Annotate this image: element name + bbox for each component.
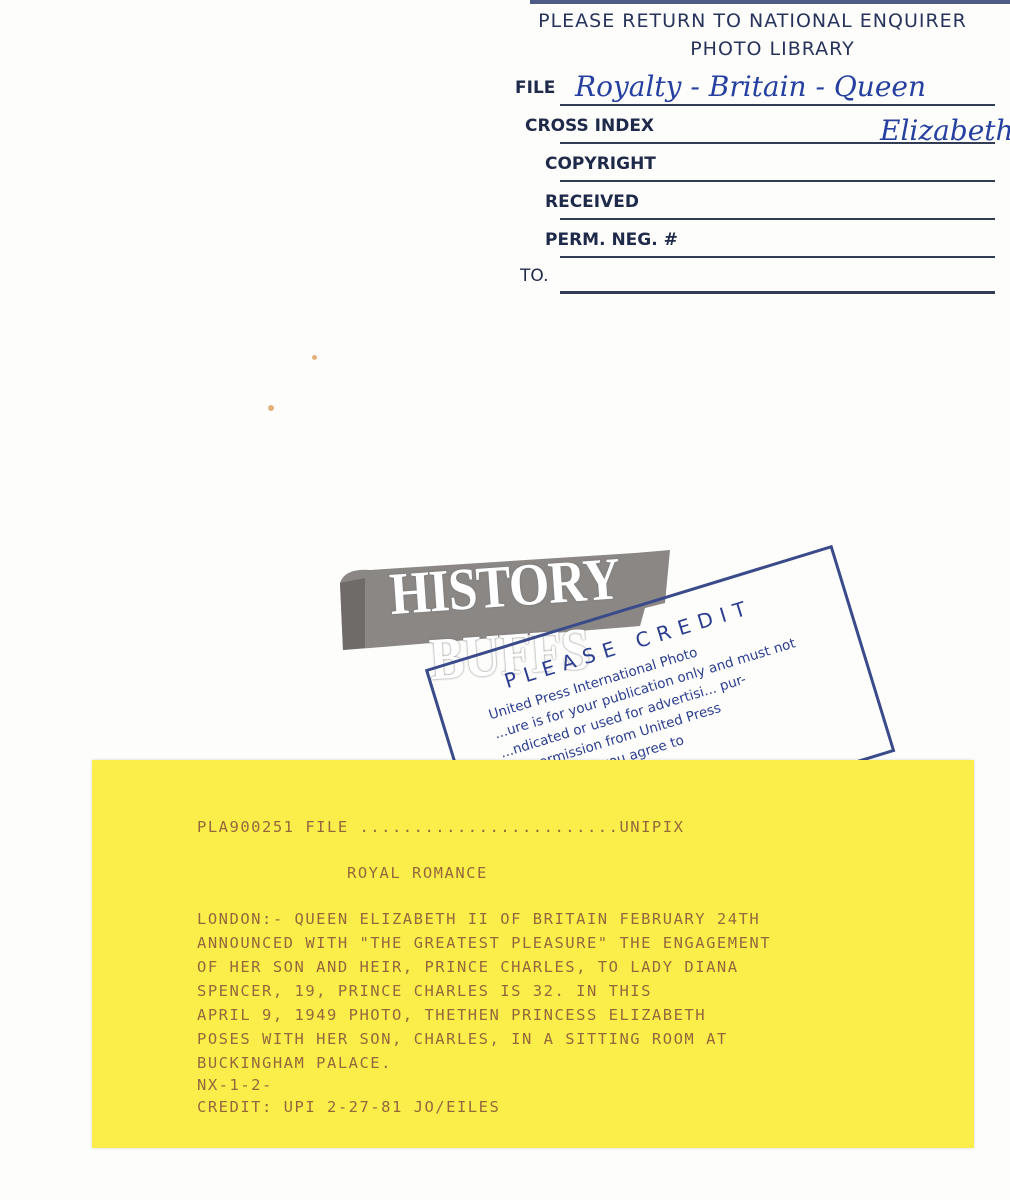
stamp-heading: PLEASE RETURN TO NATIONAL ENQUIRER (505, 10, 1000, 32)
field-to: TO. (505, 258, 1000, 294)
paper-speck (268, 405, 274, 411)
handwritten-file: Royalty - Britain - Queen (575, 70, 926, 103)
caption-title: ROYAL ROMANCE (347, 864, 488, 882)
caption-slip: PLA900251 FILE ........................U… (92, 760, 974, 1148)
field-received: RECEIVED (505, 184, 1000, 220)
paper-speck (312, 355, 317, 360)
stamp-subheading: PHOTO LIBRARY (595, 38, 950, 60)
field-file: FILE Royalty - Britain - Queen (505, 70, 1000, 106)
caption-code: NX-1-2- (197, 1076, 273, 1094)
field-perm-neg: PERM. NEG. # (505, 222, 1000, 258)
stamp-border (530, 0, 1010, 4)
caption-header: PLA900251 FILE ........................U… (197, 818, 684, 836)
return-stamp: PLEASE RETURN TO NATIONAL ENQUIRER PHOTO… (505, 0, 1010, 300)
field-copyright: COPYRIGHT (505, 146, 1000, 182)
caption-credit: CREDIT: UPI 2-27-81 JO/EILES (197, 1098, 500, 1116)
field-cross-index: CROSS INDEX Elizabeth (505, 108, 1000, 144)
